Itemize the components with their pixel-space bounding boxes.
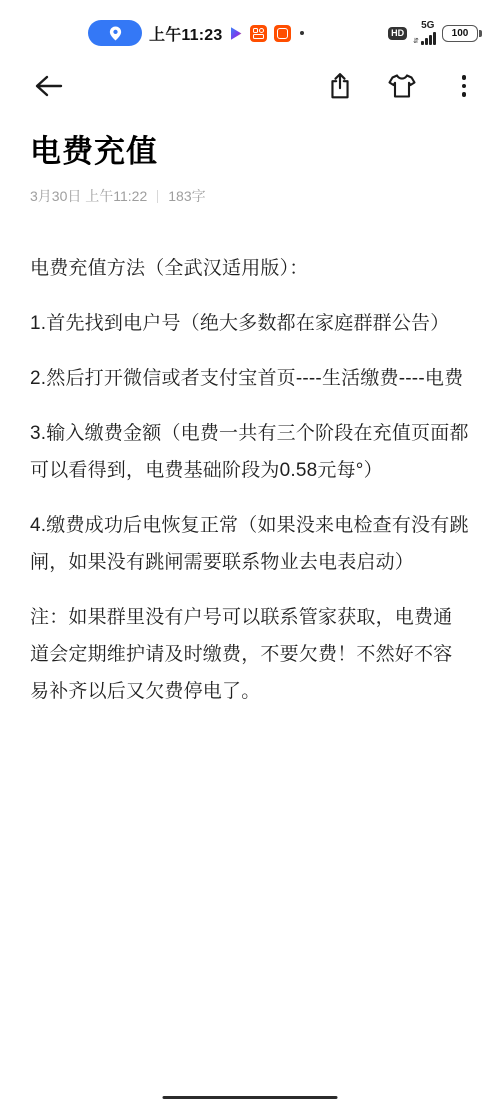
note-meta: 3月30日 上午11:22 183字 (30, 186, 470, 206)
battery-icon: 100 (442, 25, 482, 42)
kebab-menu-icon (462, 75, 467, 97)
orange-app-icon (274, 25, 291, 42)
hd-volte-icon: HD (388, 27, 407, 40)
status-bar: 上午11:23 HD 5G ⇵ (0, 0, 500, 56)
more-notifications-dot (300, 31, 304, 35)
status-left-cluster: 上午11:23 (88, 20, 304, 46)
kuaishou-icon (250, 25, 267, 42)
share-icon (327, 72, 353, 100)
tshirt-icon (387, 73, 417, 99)
note-paragraph: 3.输入缴费金额（电费一共有三个阶段在充值页面都可以看得到，电费基础阶段为0.5… (30, 415, 470, 489)
share-button[interactable] (318, 64, 362, 108)
note-word-count: 183字 (168, 186, 205, 206)
more-options-button[interactable] (442, 64, 486, 108)
status-right-cluster: HD 5G ⇵ 100 (388, 21, 482, 45)
note-paragraph: 4.缴费成功后电恢复正常（如果没来电检查有没有跳闸，如果没有跳闸需要联系物业去电… (30, 507, 470, 581)
location-pin-icon (109, 26, 122, 41)
battery-level: 100 (442, 25, 478, 42)
data-arrows-icon: ⇵ (413, 38, 418, 45)
theme-button[interactable] (380, 64, 424, 108)
status-time: 上午11:23 (149, 22, 222, 45)
note-paragraph: 注：如果群里没有户号可以联系管家获取，电费通道会定期维护请及时缴费，不要欠费！不… (30, 599, 470, 710)
meta-separator (157, 190, 158, 203)
note-body[interactable]: 电费充值方法（全武汉适用版）： 1.首先找到电户号（绝大多数都在家庭群群公告） … (30, 250, 470, 710)
note-paragraph: 电费充值方法（全武汉适用版）： (30, 250, 470, 287)
note-view: 电费充值 3月30日 上午11:22 183字 电费充值方法（全武汉适用版）： … (0, 118, 500, 728)
note-paragraph: 1.首先找到电户号（绝大多数都在家庭群群公告） (30, 305, 470, 342)
note-date: 3月30日 上午11:22 (30, 186, 147, 206)
signal-strength-icon: 5G ⇵ (413, 21, 436, 45)
location-pill (88, 20, 142, 46)
home-indicator[interactable] (163, 1096, 338, 1099)
note-title: 电费充值 (30, 126, 470, 171)
back-button[interactable] (26, 64, 70, 108)
note-toolbar (0, 56, 500, 116)
video-play-icon (229, 26, 243, 41)
note-paragraph: 2.然后打开微信或者支付宝首页----生活缴费----电费 (30, 360, 470, 397)
back-arrow-icon (33, 74, 63, 98)
